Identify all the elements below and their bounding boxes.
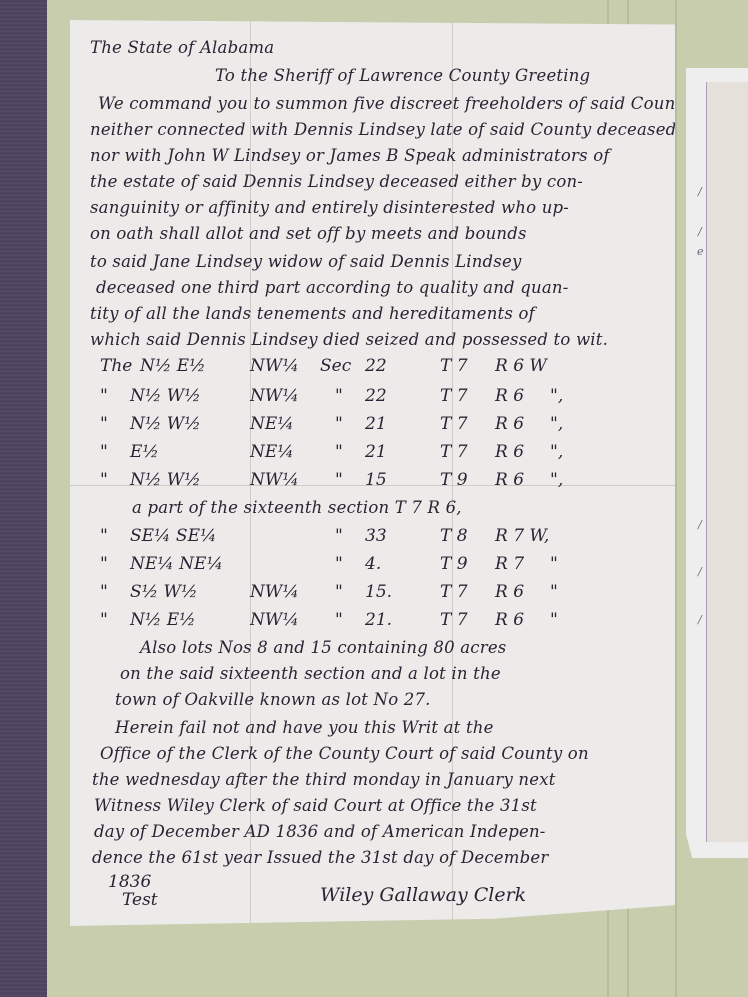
mat-groove [675,0,677,997]
closing-line: on the said sixteenth section and a lot … [120,664,501,683]
land-row: " N½ E½ NW¼ " 21. T 7 R 6 " [100,610,660,636]
section-label: Sec [320,356,351,376]
ditto-mark: " [335,526,343,546]
ditto-mark: " [100,442,108,462]
range: R 6 [495,442,524,462]
land-part-a: N½ W½ [130,414,201,434]
adjacent-ink-mark: / [698,613,702,626]
ditto-mark: " [100,414,108,434]
ditto-mark: " [550,610,558,630]
township: T 7 [440,356,468,376]
test-label: Test [122,890,158,910]
closing-line: Herein fail not and have you this Writ a… [115,718,494,737]
ditto-mark: " [335,386,343,406]
township: T 8 [440,526,468,546]
adjacent-ink-mark: / [698,518,702,531]
wooden-frame-edge [0,0,47,997]
range: R 6 [495,470,524,490]
land-row: " N½ W½ NW¼ " 15 T 9 R 6 ", [100,470,660,496]
land-part-a: N½ E½ [140,356,206,376]
closing-line: the wednesday after the third monday in … [92,770,556,789]
adjacent-ink-mark: / [698,225,702,238]
land-part-b: NW¼ [250,356,299,376]
section-number: 22 [365,386,387,406]
land-part-b: NE¼ [250,442,294,462]
adjacent-ink-mark: / [698,565,702,578]
land-part-a: N½ W½ [130,386,201,406]
closing-line: town of Oakville known as lot No 27. [115,690,431,709]
document-heading: The State of Alabama [90,38,274,57]
land-row: " NE¼ NE¼ " 4. T 9 R 7 " [100,554,660,580]
ditto-mark: " [550,582,558,602]
adjacent-document-page [706,82,748,842]
land-part-a: S½ W½ [130,582,197,602]
township: T 7 [440,386,468,406]
closing-line: Witness Wiley Clerk of said Court at Off… [94,796,537,815]
body-line: neither connected with Dennis Lindsey la… [90,120,676,139]
ditto-mark: " [335,414,343,434]
land-row: The N½ E½ NW¼ Sec 22 T 7 R 6 W [100,356,660,382]
township: T 9 [440,470,468,490]
year-line: 1836 [108,872,151,892]
body-line: the estate of said Dennis Lindsey deceas… [90,172,583,191]
land-part-b: NE¼ [250,414,294,434]
land-part-b: NW¼ [250,610,299,630]
land-row: " N½ W½ NW¼ " 22 T 7 R 6 ", [100,386,660,412]
closing-line: day of December AD 1836 and of American … [94,822,546,841]
land-part-a: NE¼ NE¼ [130,554,223,574]
ditto-mark: " [550,554,558,574]
ditto-mark: " [100,470,108,490]
land-part-b: NW¼ [250,386,299,406]
closing-line: dence the 61st year Issued the 31st day … [92,848,548,867]
sixteenth-section-note: a part of the sixteenth section T 7 R 6, [132,498,462,517]
ditto-mark: ", [550,386,563,406]
row-prefix: The [100,356,132,376]
ditto-mark: " [335,582,343,602]
closing-line: Also lots Nos 8 and 15 containing 80 acr… [140,638,506,657]
ditto-mark: ", [550,442,563,462]
ditto-mark: " [335,470,343,490]
adjacent-ink-mark: / [698,185,702,198]
land-row: " E½ NE¼ " 21 T 7 R 6 ", [100,442,660,468]
ditto-mark: ", [550,414,563,434]
body-line: to said Jane Lindsey widow of said Denni… [90,252,521,271]
section-number: 4. [365,554,381,574]
ditto-mark: " [100,582,108,602]
body-line: on oath shall allot and set off by meets… [90,224,527,243]
township: T 7 [440,610,468,630]
ditto-mark: " [335,554,343,574]
ditto-mark: " [100,386,108,406]
body-line: sanguinity or affinity and entirely disi… [90,198,569,217]
land-row: " N½ W½ NE¼ " 21 T 7 R 6 ", [100,414,660,440]
township: T 7 [440,582,468,602]
land-part-a: N½ E½ [130,610,196,630]
ditto-mark: " [335,610,343,630]
land-part-b: NW¼ [250,470,299,490]
section-number: 15 [365,470,387,490]
ditto-mark: " [100,610,108,630]
range: R 6 [495,414,524,434]
ditto-mark: ", [550,470,563,490]
closing-line: Office of the Clerk of the County Court … [100,744,589,763]
section-number: 21. [365,610,392,630]
body-line: tity of all the lands tenements and here… [90,304,535,323]
land-part-b: NW¼ [250,582,299,602]
handwritten-writ-document: The State of Alabama To the Sheriff of L… [70,20,675,926]
township: T 9 [440,554,468,574]
section-number: 21 [365,414,387,434]
land-row: " SE¼ SE¼ " 33 T 8 R 7 W, [100,526,660,552]
range: R 7 [495,554,524,574]
section-number: 15. [365,582,392,602]
township: T 7 [440,414,468,434]
land-part-a: E½ [130,442,159,462]
range: R 7 W, [495,526,549,546]
range: R 6 W [495,356,547,376]
ditto-mark: " [335,442,343,462]
section-number: 22 [365,356,387,376]
adjacent-ink-mark: e [697,245,704,258]
range: R 6 [495,386,524,406]
clerk-signature: Wiley Gallaway Clerk [320,884,526,906]
body-line: which said Dennis Lindsey died seized an… [90,330,608,349]
body-line: We command you to summon five discreet f… [98,94,692,113]
ditto-mark: " [100,526,108,546]
township: T 7 [440,442,468,462]
body-line: deceased one third part according to qua… [96,278,568,297]
section-number: 21 [365,442,387,462]
section-number: 33 [365,526,387,546]
ditto-mark: " [100,554,108,574]
range: R 6 [495,582,524,602]
land-part-a: SE¼ SE¼ [130,526,216,546]
land-part-a: N½ W½ [130,470,201,490]
range: R 6 [495,610,524,630]
body-line: nor with John W Lindsey or James B Speak… [90,146,610,165]
land-row: " S½ W½ NW¼ " 15. T 7 R 6 " [100,582,660,608]
salutation: To the Sheriff of Lawrence County Greeti… [215,66,590,85]
